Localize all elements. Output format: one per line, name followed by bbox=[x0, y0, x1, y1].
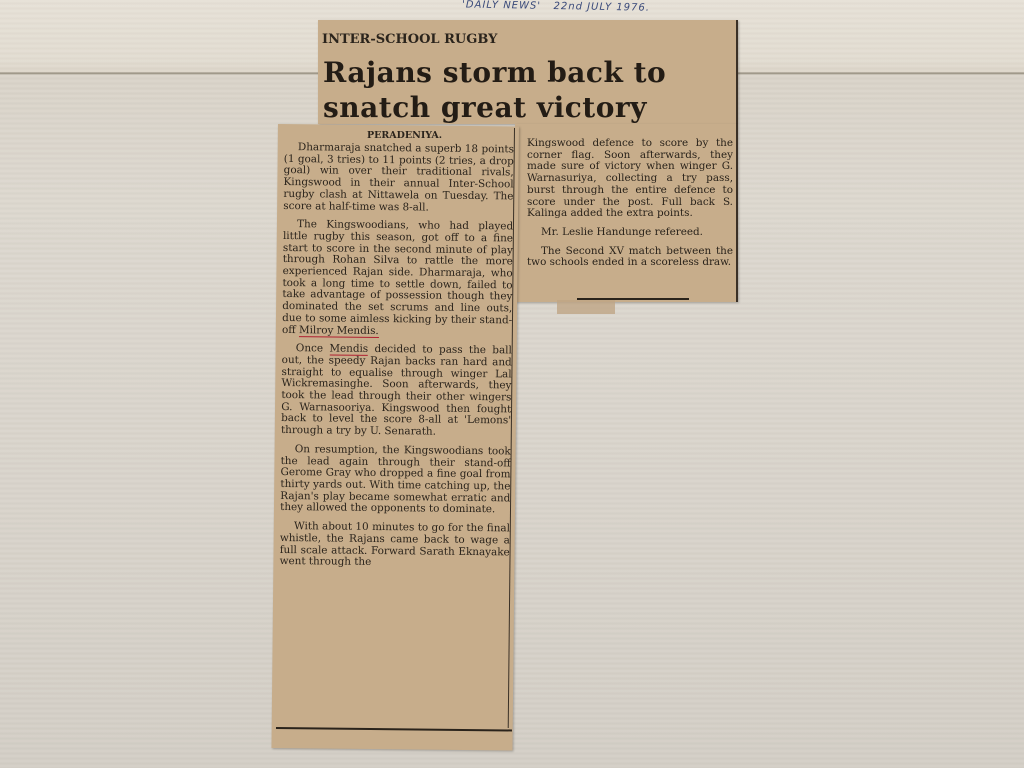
paragraph: The Kingswoodians, who had played little… bbox=[282, 219, 513, 338]
paragraph: On resumption, the Kingswoodians took th… bbox=[280, 444, 511, 517]
end-rule bbox=[577, 298, 689, 300]
headline-line-2: snatch great victory bbox=[323, 90, 666, 125]
headline-line-1: Rajans storm back to bbox=[323, 55, 666, 90]
article-left-column: Dharmaraja snatched a superb 18 points (… bbox=[279, 142, 514, 577]
paragraph: Mr. Leslie Handunge refereed. bbox=[527, 227, 733, 239]
paragraph: Kingswood defence to score by the corner… bbox=[527, 138, 733, 220]
paragraph: The Second XV match between the two scho… bbox=[527, 246, 733, 269]
article-headline: Rajans storm back to snatch great victor… bbox=[323, 55, 666, 125]
paragraph: Once Mendis decided to pass the ball out… bbox=[281, 343, 512, 439]
underlined-name: Milroy Mendis. bbox=[299, 324, 379, 338]
glue-stain bbox=[557, 300, 615, 314]
article-right-column: Kingswood defence to score by the corner… bbox=[527, 138, 733, 276]
article-dateline: PERADENIYA. bbox=[367, 130, 442, 141]
paragraph: With about 10 minutes to go for the fina… bbox=[280, 521, 510, 570]
paragraph: Dharmaraja snatched a superb 18 points (… bbox=[283, 142, 514, 215]
article-kicker: INTER-SCHOOL RUGBY bbox=[322, 32, 497, 47]
